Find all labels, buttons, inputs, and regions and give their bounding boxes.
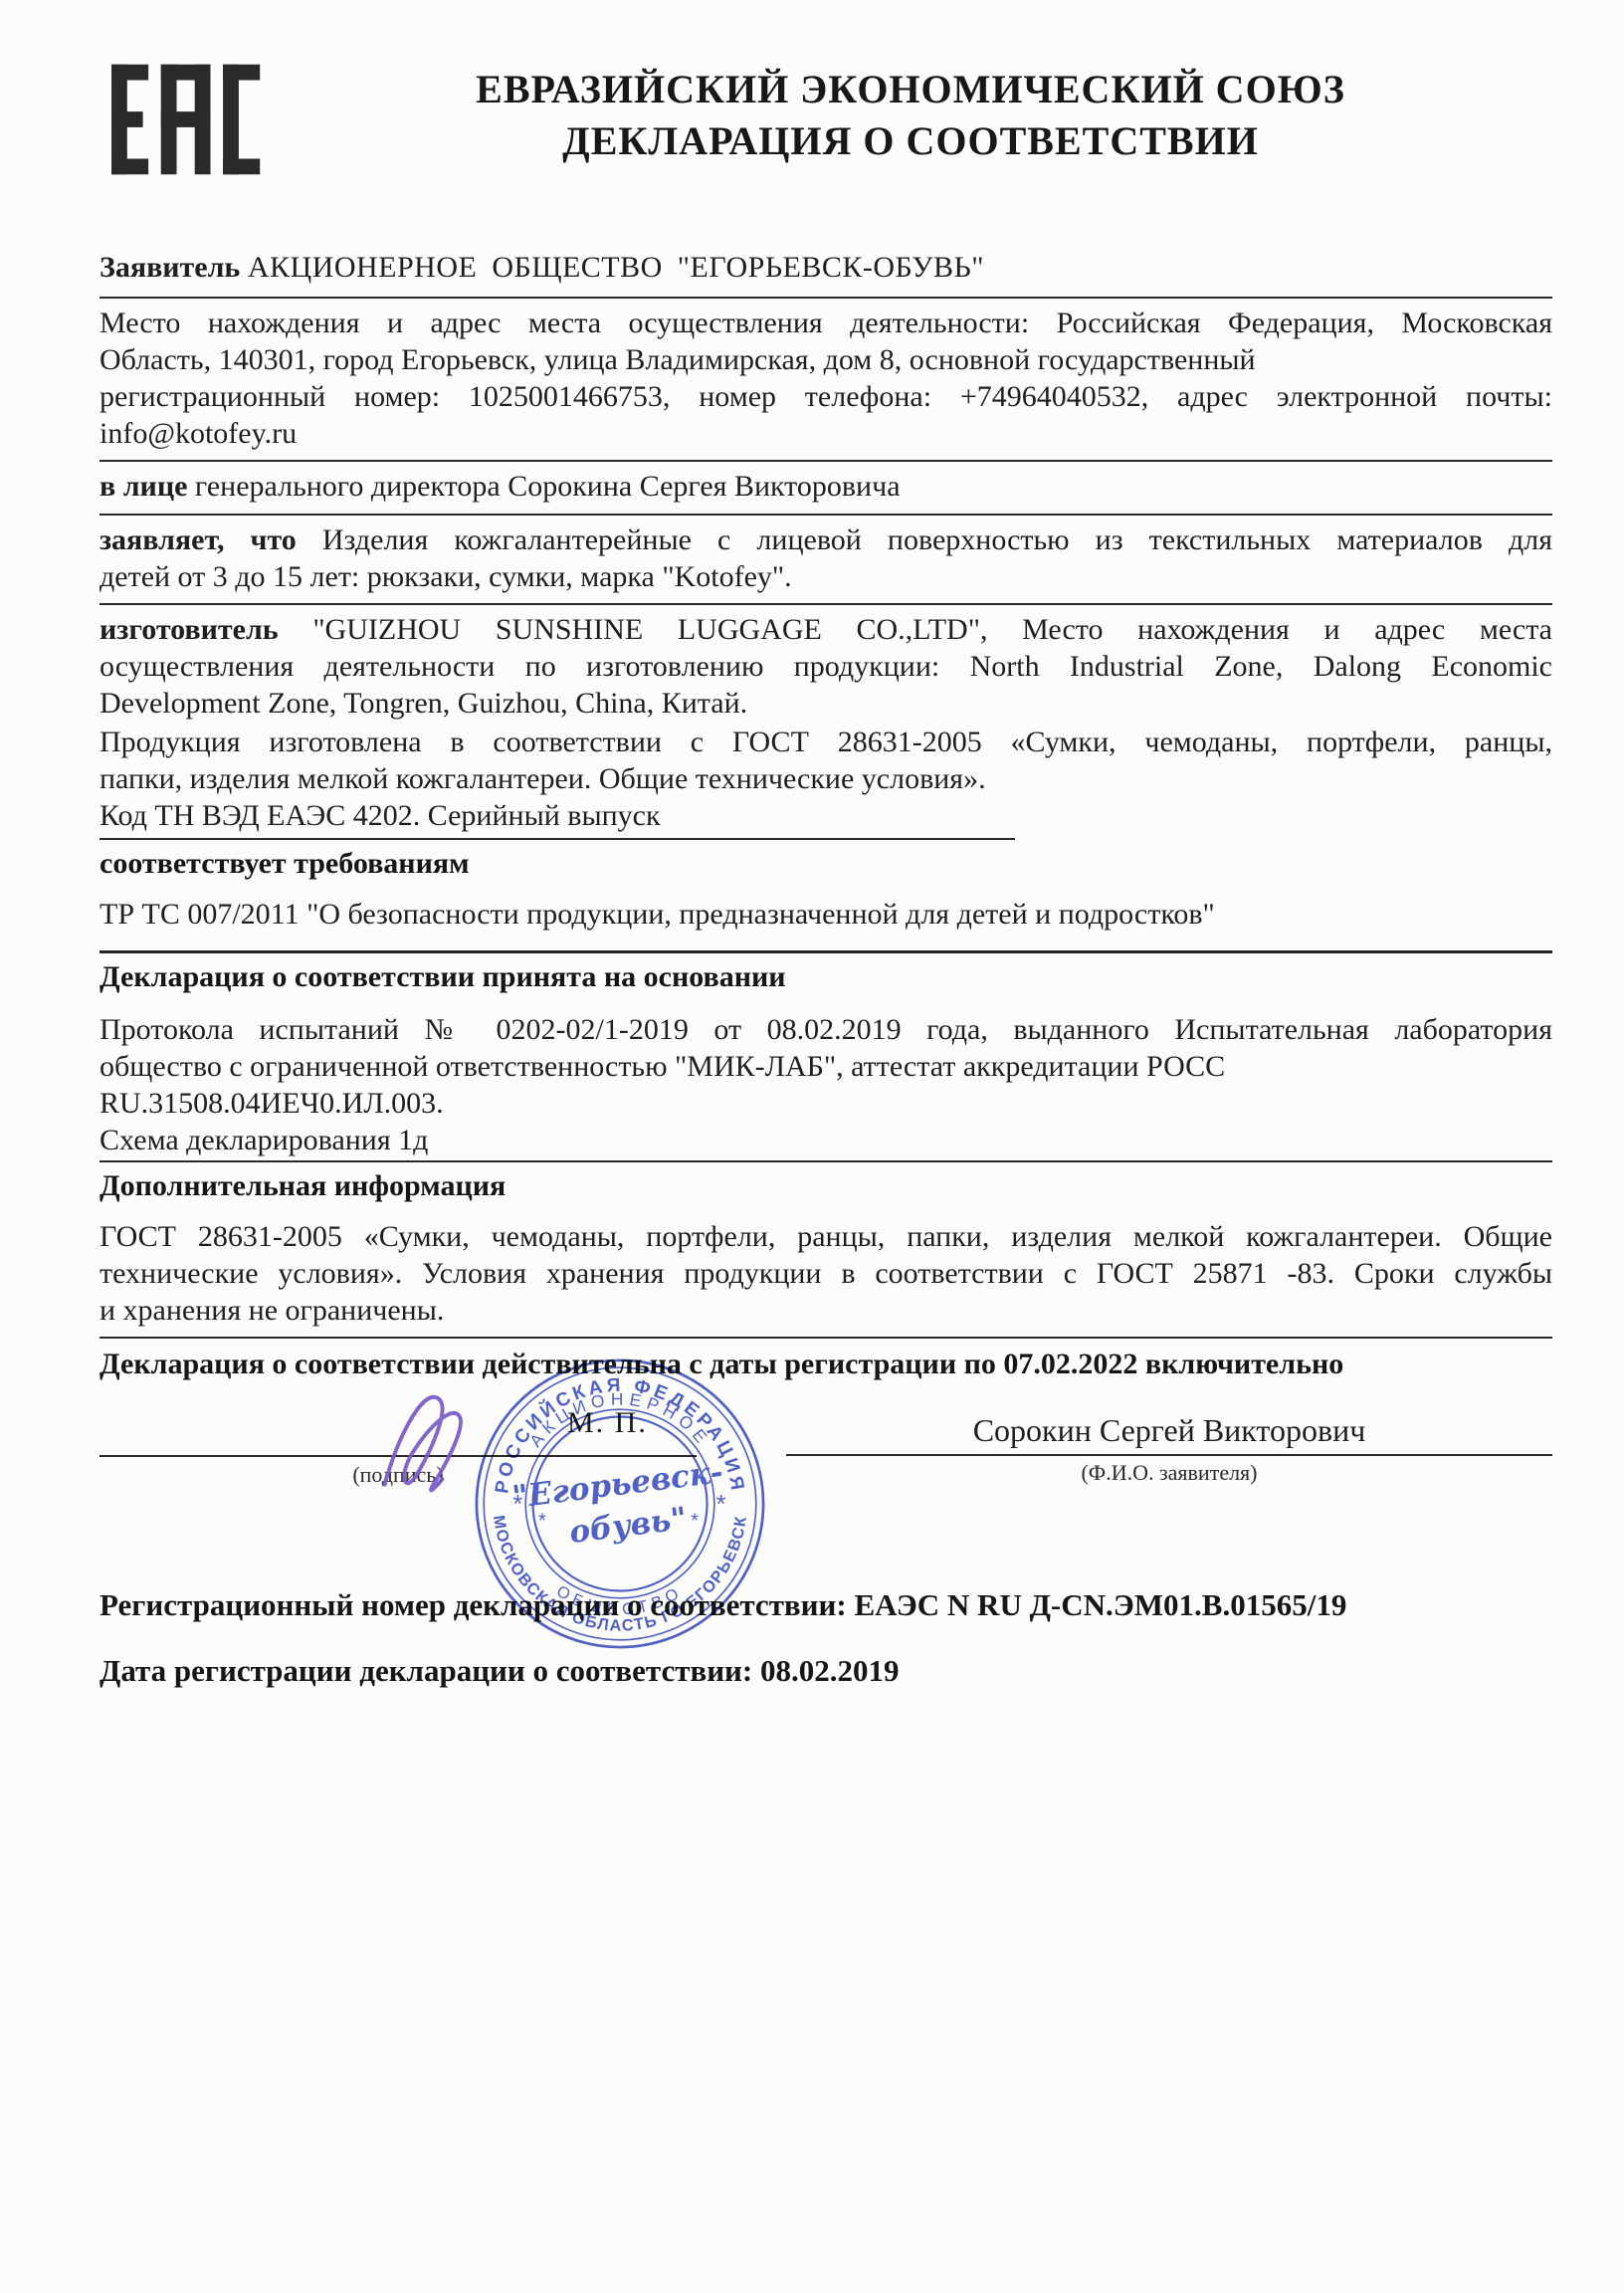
address-line: Область, 140301, город Егорьевск, улица … xyxy=(100,341,1552,378)
basis-paragraph: Протокола испытаний № 0202-02/1-2019 от … xyxy=(100,1011,1552,1158)
address-paragraph: Место нахождения и адрес места осуществл… xyxy=(100,305,1552,452)
basis-line: Протокола испытаний № 0202-02/1-2019 от … xyxy=(100,1011,1552,1048)
document-body: Заявитель АКЦИОНЕРНОЕ ОБЩЕСТВО "ЕГОРЬЕВС… xyxy=(100,247,1552,1691)
stamp-star-right-inner: * xyxy=(691,1511,699,1533)
declares-paragraph: заявляет, что Изделия кожгалантерейные с… xyxy=(100,521,1552,595)
manufacturer-line: изготовитель "GUIZHOU SUNSHINE LUGGAGE C… xyxy=(100,611,1552,648)
manufacturer-text: "GUIZHOU SUNSHINE LUGGAGE CO.,LTD", Мест… xyxy=(312,613,1552,646)
basis-line: общество с ограниченной ответственностью… xyxy=(100,1048,1552,1085)
document-title: ЕВРАЗИЙСКИЙ ЭКОНОМИЧЕСКИЙ СОЮЗ ДЕКЛАРАЦИ… xyxy=(269,64,1552,167)
in-person-value: генерального директора Сорокина Сергея В… xyxy=(195,470,901,503)
registration-number-row: Регистрационный номер декларации о соотв… xyxy=(100,1585,1552,1625)
requirements-text: ТР ТС 007/2011 "О безопасности продукции… xyxy=(100,896,1552,933)
eac-logo-icon xyxy=(111,50,261,197)
registration-number-value: ЕАЭС N RU Д-CN.ЭМ01.В.01565/19 xyxy=(854,1587,1346,1622)
divider-short xyxy=(100,838,1015,840)
divider xyxy=(100,460,1552,462)
production-line: Продукция изготовлена в соответствии с Г… xyxy=(100,724,1552,760)
address-line: регистрационный номер: 1025001466753, но… xyxy=(100,378,1552,415)
divider-thick xyxy=(100,950,1552,953)
title-line-declaration: ДЕКЛАРАЦИЯ О СООТВЕТСТВИИ xyxy=(269,115,1552,167)
address-line: info@kotofey.ru xyxy=(100,415,1552,452)
divider xyxy=(100,1337,1552,1339)
manufacturer-label: изготовитель xyxy=(100,613,279,646)
declares-label: заявляет, что xyxy=(100,523,297,556)
divider xyxy=(100,603,1552,605)
validity-line: Декларация о соответствии действительна … xyxy=(100,1345,1552,1384)
basis-heading: Декларация о соответствии принята на осн… xyxy=(100,957,1552,997)
divider xyxy=(100,1160,1552,1162)
manufacturer-line: Development Zone, Tongren, Guizhou, Chin… xyxy=(100,685,1552,722)
registration-date-value: 08.02.2019 xyxy=(760,1653,900,1688)
manufacturer-paragraph: изготовитель "GUIZHOU SUNSHINE LUGGAGE C… xyxy=(100,611,1552,834)
additional-paragraph: ГОСТ 28631-2005 «Сумки, чемоданы, портфе… xyxy=(100,1218,1552,1329)
additional-line: и хранения не ограничены. xyxy=(100,1292,1552,1329)
declares-line: детей от 3 до 15 лет: рюкзаки, сумки, ма… xyxy=(100,558,1552,595)
address-line: Место нахождения и адрес места осуществл… xyxy=(100,305,1552,341)
tn-ved-line: Код ТН ВЭД ЕАЭС 4202. Серийный выпуск xyxy=(100,797,1552,834)
applicant-fio: Сорокин Сергей Викторович xyxy=(786,1408,1552,1452)
fio-caption: (Ф.И.О. заявителя) xyxy=(786,1460,1552,1486)
declares-line: заявляет, что Изделия кожгалантерейные с… xyxy=(100,521,1552,558)
fio-block: Сорокин Сергей Викторович (Ф.И.О. заявит… xyxy=(786,1408,1552,1486)
stamp-star-left-inner: * xyxy=(538,1511,546,1533)
in-person-label: в лице xyxy=(100,470,187,503)
registration-date-row: Дата регистрации декларации о соответств… xyxy=(100,1651,1552,1691)
in-person-row: в лице генерального директора Сорокина С… xyxy=(100,468,1552,506)
applicant-row: Заявитель АКЦИОНЕРНОЕ ОБЩЕСТВО "ЕГОРЬЕВС… xyxy=(100,247,1552,289)
divider xyxy=(100,514,1552,516)
requirements-heading: соответствует требованиям xyxy=(100,844,1552,884)
applicant-value: АКЦИОНЕРНОЕ ОБЩЕСТВО "ЕГОРЬЕВСК-ОБУВЬ" xyxy=(248,251,984,284)
applicant-label: Заявитель xyxy=(100,251,240,284)
declares-text: Изделия кожгалантерейные с лицевой повер… xyxy=(322,523,1552,556)
round-stamp: РОССИЙСКАЯ ФЕДЕРАЦИЯ МОСКОВСКАЯ ОБЛАСТЬ … xyxy=(466,1350,774,1658)
production-line: папки, изделия мелкой кожгалантереи. Общ… xyxy=(100,760,1552,797)
stamp-star-right: * xyxy=(716,1491,726,1519)
scheme-line: Схема декларирования 1д xyxy=(100,1122,1552,1158)
additional-line: ГОСТ 28631-2005 «Сумки, чемоданы, портфе… xyxy=(100,1218,1552,1255)
basis-line: RU.31508.04ИЕЧ0.ИЛ.003. xyxy=(100,1085,1552,1122)
divider xyxy=(100,297,1552,299)
fio-line xyxy=(786,1454,1552,1456)
registration-date-label: Дата регистрации декларации о соответств… xyxy=(100,1653,752,1688)
stamp-center-line2: обувь" xyxy=(567,1501,689,1551)
declaration-document: ЕВРАЗИЙСКИЙ ЭКОНОМИЧЕСКИЙ СОЮЗ ДЕКЛАРАЦИ… xyxy=(0,0,1624,2293)
manufacturer-line: осуществления деятельности по изготовлен… xyxy=(100,648,1552,685)
signature-scribble xyxy=(360,1380,490,1500)
additional-line: технические условия». Условия хранения п… xyxy=(100,1255,1552,1292)
title-line-union: ЕВРАЗИЙСКИЙ ЭКОНОМИЧЕСКИЙ СОЮЗ xyxy=(269,64,1552,115)
signature-zone: М. П. (подпись) Сорокин Сергей Викторови… xyxy=(100,1398,1552,1520)
additional-heading: Дополнительная информация xyxy=(100,1166,1552,1206)
